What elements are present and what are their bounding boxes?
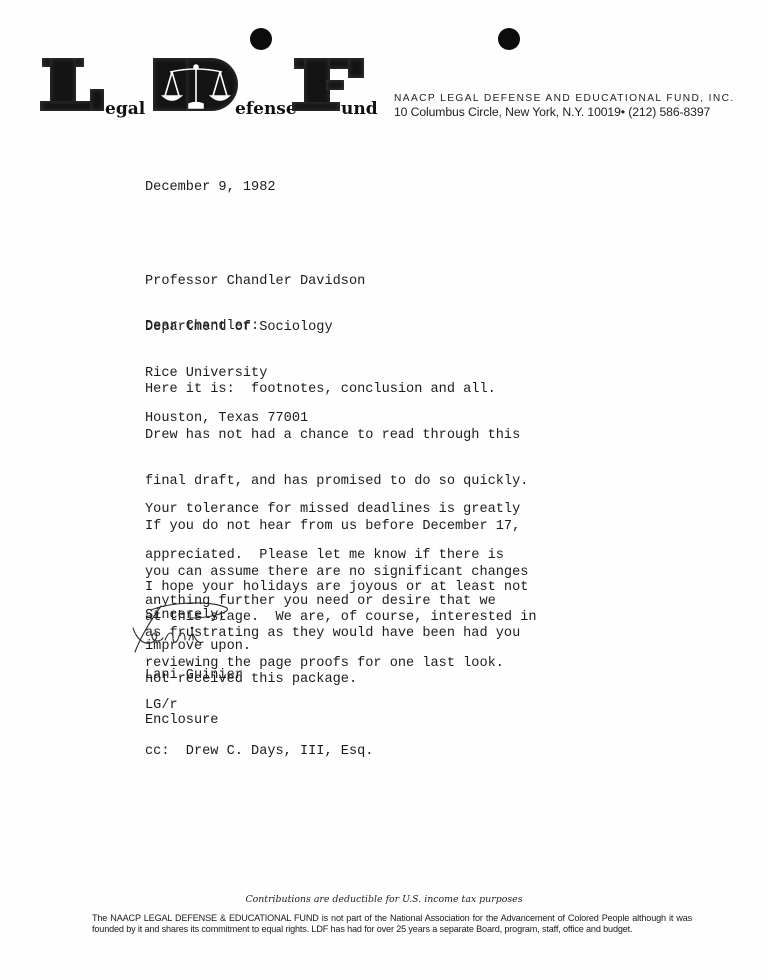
- footer-disclaimer: The NAACP LEGAL DEFENSE & EDUCATIONAL FU…: [92, 913, 692, 935]
- text-line: I hope your holidays are joyous or at le…: [145, 580, 528, 595]
- logo-word-defense: efense: [235, 101, 297, 118]
- letter-date: December 9, 1982: [145, 180, 276, 195]
- punch-hole-dot: [498, 28, 520, 50]
- ldf-logo: egal efense: [36, 58, 381, 118]
- salutation: Dear Chandler:: [145, 319, 259, 334]
- punch-hole-dot: [250, 28, 272, 50]
- letterhead-info: NAACP LEGAL DEFENSE AND EDUCATIONAL FUND…: [394, 92, 754, 120]
- text-line: Your tolerance for missed deadlines is g…: [145, 502, 520, 517]
- phone-number: (212) 586-8397: [628, 105, 710, 119]
- street-address: 10 Columbus Circle, New York, N.Y. 10019: [394, 105, 621, 119]
- text-line: Drew has not had a chance to read throug…: [145, 428, 537, 443]
- letter-body: December 9, 1982 Professor Chandler Davi…: [145, 180, 625, 514]
- address-line: 10 Columbus Circle, New York, N.Y. 10019…: [394, 105, 754, 120]
- text-line: Here it is: footnotes, conclusion and al…: [145, 382, 537, 397]
- handwritten-signature: Lani: [131, 600, 241, 660]
- bullet-icon: •: [621, 105, 625, 119]
- tax-deductible-note: Contributions are deductible for U.S. in…: [0, 894, 768, 905]
- recipient-line: Professor Chandler Davidson: [145, 274, 365, 289]
- signer-name: Lani Guinier: [145, 668, 243, 683]
- organization-name: NAACP LEGAL DEFENSE AND EDUCATIONAL FUND…: [394, 92, 754, 105]
- enclosure-note: Enclosure: [145, 713, 218, 728]
- typist-initials: LG/r: [145, 698, 178, 713]
- scales-of-justice-icon: [161, 64, 231, 110]
- logo-word-legal: egal: [105, 101, 145, 118]
- logo-word-fund: und: [341, 101, 378, 118]
- letter-page: egal efense: [0, 0, 768, 980]
- cc-line: cc: Drew C. Days, III, Esq.: [145, 744, 373, 759]
